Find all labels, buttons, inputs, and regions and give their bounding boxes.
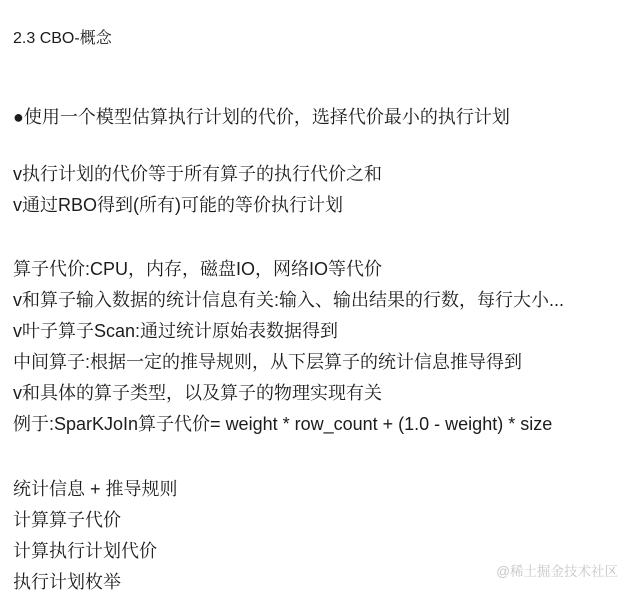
- text-line: v叶子算子Scan:通过统计原始表数据得到: [13, 316, 637, 347]
- watermark: @稀土掘金技术社区: [496, 563, 618, 580]
- text-line: 中间算子:根据一定的推导规则，从下层算子的统计信息推导得到: [13, 347, 637, 378]
- text-line: 算子代价:CPU，内存，磁盘IO，网络IO等代价: [13, 254, 637, 285]
- text-line: v和算子输入数据的统计信息有关:输入、输出结果的行数，每行大小...: [13, 285, 637, 316]
- text-line: v和具体的算子类型，以及算子的物理实现有关: [13, 378, 637, 409]
- paragraph-plan-cost: v执行计划的代价等于所有算子的执行代价之和 v通过RBO得到(所有)可能的等价执…: [13, 159, 637, 221]
- paragraph-intro: ●使用一个模型估算执行计划的代价，选择代价最小的执行计划: [13, 102, 637, 133]
- page-title: 2.3 CBO-概念: [13, 28, 637, 50]
- document-page: 2.3 CBO-概念 ●使用一个模型估算执行计划的代价，选择代价最小的执行计划 …: [0, 0, 637, 594]
- text-line: ●使用一个模型估算执行计划的代价，选择代价最小的执行计划: [13, 102, 637, 133]
- text-line: 例于:SparKJoIn算子代价= weight * row_count + (…: [13, 409, 637, 440]
- text-line: v通过RBO得到(所有)可能的等价执行计划: [13, 190, 637, 221]
- text-line: 统计信息 + 推导规则: [13, 474, 637, 505]
- text-line: v执行计划的代价等于所有算子的执行代价之和: [13, 159, 637, 190]
- paragraph-operator-cost-detail: 算子代价:CPU，内存，磁盘IO，网络IO等代价 v和算子输入数据的统计信息有关…: [13, 254, 637, 440]
- text-line: 计算算子代价: [13, 505, 637, 536]
